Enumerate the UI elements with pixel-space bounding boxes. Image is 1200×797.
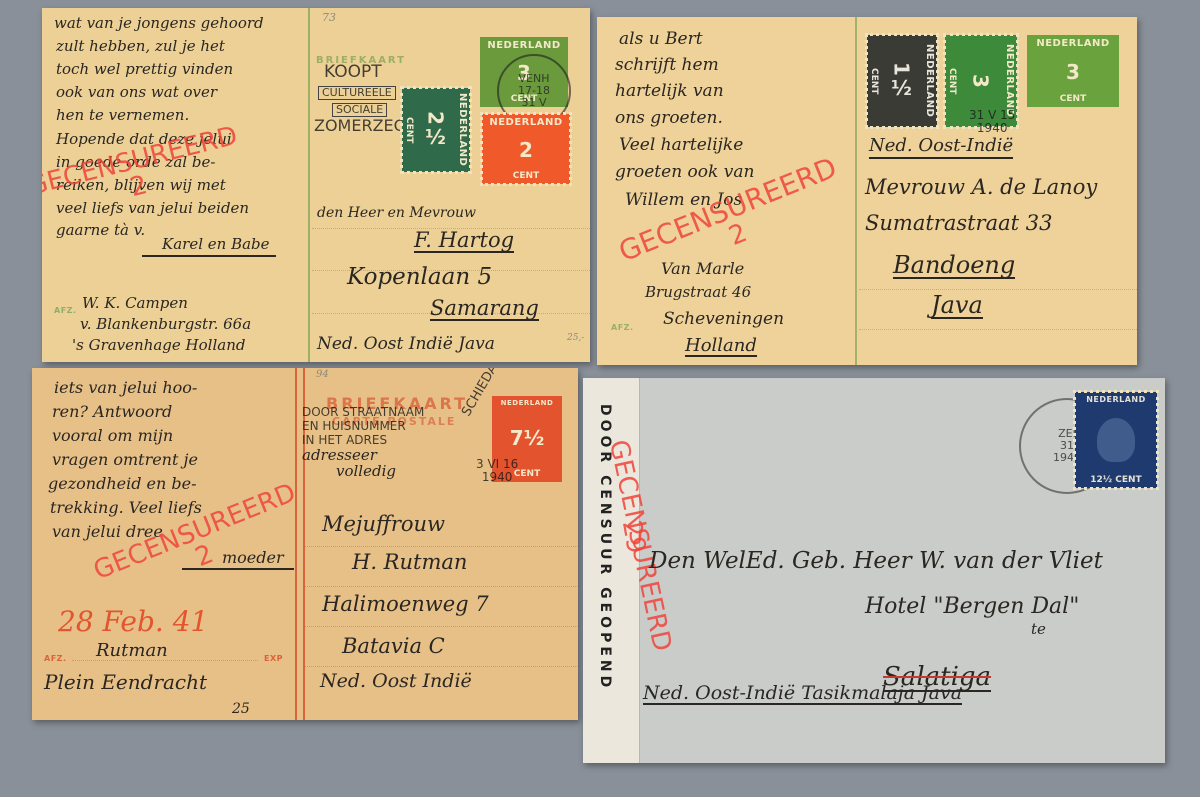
message-line: vooral om mijn	[52, 428, 173, 444]
slogan-line: DOOR STRAATNAAM	[302, 406, 424, 419]
recipient-line: Ned. Oost Indië	[320, 672, 472, 691]
message-line: als u Bert	[619, 31, 703, 48]
postcard-top-left: wat van je jongens gehoord zult hebben, …	[42, 8, 590, 362]
recipient-line: Halimoenweg 7	[322, 594, 489, 615]
exp-label: EXP	[264, 654, 283, 663]
pencil-note: 25,-	[567, 334, 584, 343]
recipient-line: Kopenlaan 5	[347, 266, 492, 289]
recipient-line: Sumatrastraat 33	[865, 213, 1052, 234]
slogan-line: IN HET ADRES	[302, 434, 387, 447]
message-line: ook van ons wat over	[56, 85, 217, 100]
recipient-line: Mevrouw A. de Lanoy	[865, 177, 1097, 198]
slogan-line: adresseer	[302, 448, 377, 463]
slogan-line: KOOPT	[324, 64, 382, 82]
recipient-line: den Heer en Mevrouw	[317, 206, 476, 220]
postmark: 3 VI 161940	[476, 458, 518, 483]
message-line: Veel hartelijke	[619, 137, 743, 154]
sender-line: Rutman	[96, 642, 168, 660]
pencil-note: 94	[316, 370, 329, 380]
recipient-line: Ned. Oost-Indië Tasikmalaja Java	[643, 684, 962, 705]
censor-number: 29	[618, 518, 649, 555]
message-line: zult hebben, zul je het	[56, 39, 225, 54]
message-line: toch wel prettig vinden	[56, 62, 233, 77]
route-line: Ned. Oost-Indië	[869, 137, 1013, 159]
recipient-line: Den WelEd. Geb. Heer W. van der Vliet	[649, 550, 1103, 573]
card-divider-line	[308, 8, 310, 362]
stamp-12half-cent-wilhelmina: NEDERLAND 12½ CENT	[1075, 392, 1157, 488]
message-line: iets van jelui hoo-	[54, 380, 197, 396]
stamp-1half-cent: NEDERLAND 1½ CENT	[867, 35, 937, 127]
message-line: gezondheid en be-	[48, 476, 197, 492]
afz-label: AFZ.	[54, 306, 77, 315]
sender-line: W. K. Campen	[82, 296, 188, 311]
message-line: hen te vernemen.	[56, 108, 189, 123]
recipient-line: Java	[931, 293, 983, 319]
stamp-imprinted-3-cent: NEDERLAND 3 CENT	[1027, 35, 1119, 107]
sender-line: 's Gravenhage Holland	[72, 338, 245, 353]
slogan-line: volledig	[336, 464, 396, 479]
portrait-icon	[1097, 418, 1135, 462]
slogan-line: SOCIALE	[332, 103, 387, 117]
sender-line: 25	[232, 702, 250, 716]
message-line: gaarne tà v.	[56, 223, 145, 238]
message-line: ren? Antwoord	[52, 404, 172, 420]
sender-line: Van Marle	[661, 261, 744, 277]
message-line: trekking. Veel liefs	[50, 500, 202, 516]
slogan-line: EN HUISNUMMER	[302, 420, 406, 433]
postcard-bottom-left: iets van jelui hoo- ren? Antwoord vooral…	[32, 368, 578, 720]
handwritten-date: 28 Feb. 41	[58, 608, 208, 636]
postcard-top-right: als u Bert schrijft hem hartelijk van on…	[597, 17, 1137, 365]
recipient-line: Ned. Oost Indië Java	[317, 336, 495, 353]
recipient-line: Bandoeng	[893, 253, 1015, 279]
stamp-2-cent: NEDERLAND 2 CENT	[482, 114, 570, 184]
stamp-2half-cent: NEDERLAND 2½ CENT	[402, 88, 470, 172]
sender-line: Brugstraat 46	[645, 285, 751, 300]
recipient-line: te	[1031, 622, 1046, 637]
message-line: vragen omtrent je	[52, 452, 198, 468]
recipient-line: Batavia C	[342, 636, 445, 657]
message-line: wat van je jongens gehoord	[54, 16, 264, 31]
afz-label: AFZ.	[44, 654, 67, 663]
recipient-line: F. Hartog	[414, 230, 514, 253]
postmark: 31 V 151940	[969, 109, 1015, 134]
message-line: hartelijk van	[615, 83, 724, 100]
slogan-line: CULTUREELE	[318, 86, 396, 100]
recipient-line: H. Rutman	[352, 552, 467, 573]
recipient-line: Hotel "Bergen Dal"	[865, 596, 1079, 618]
message-line: ons groeten.	[615, 110, 723, 127]
card-divider-line	[855, 17, 857, 365]
recipient-line: Samarang	[430, 298, 539, 321]
signature: Karel en Babe	[142, 237, 276, 257]
sender-line: v. Blankenburgstr. 66a	[80, 317, 251, 332]
message-line: groeten ook van	[615, 164, 754, 181]
message-line: schrijft hem	[615, 57, 719, 74]
pencil-note: 73	[322, 12, 336, 23]
afz-label: AFZ.	[611, 323, 634, 332]
sender-line: Scheveningen	[663, 311, 784, 328]
envelope-bottom-right: DOOR CENSUUR GEOPEND GECENSUREERD 29 ZEI…	[583, 378, 1165, 763]
sender-line: Holland	[685, 337, 757, 357]
sender-line: Plein Eendracht	[44, 672, 207, 692]
recipient-line: Mejuffrouw	[322, 514, 445, 535]
